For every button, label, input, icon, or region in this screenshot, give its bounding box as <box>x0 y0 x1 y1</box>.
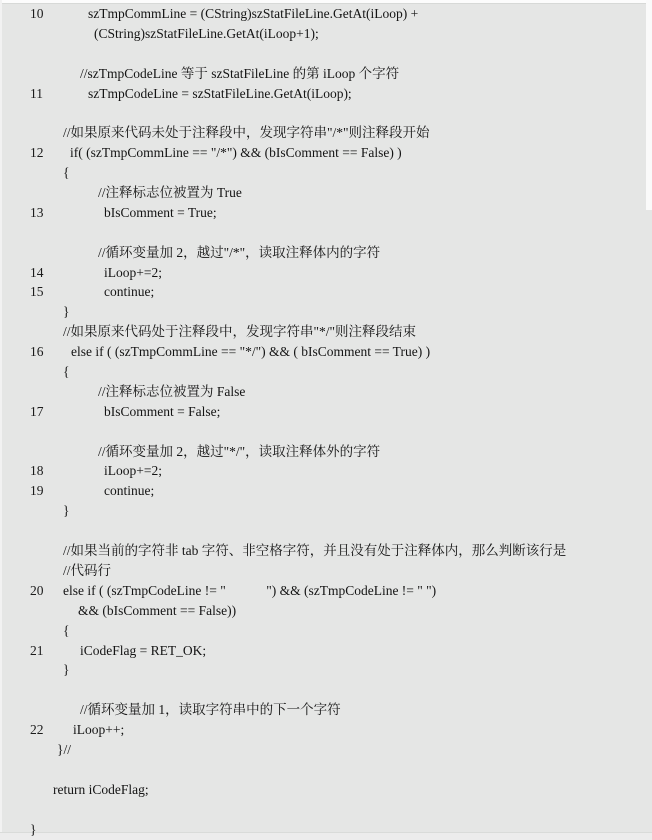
code-text: } <box>63 302 69 322</box>
code-line: (CString)szStatFileLine.GetAt(iLoop+1); <box>0 24 652 44</box>
line-number: 21 <box>30 641 44 661</box>
comment-text: //循环变量加 1，读取字符串中的下一个字符 <box>80 700 341 720</box>
code-line: 18iLoop+=2; <box>0 461 652 481</box>
comment-text: //如果原来代码处于注释段中，发现字符串"*/"则注释段结束 <box>63 322 416 342</box>
code-line: 13bIsComment = True; <box>0 203 652 223</box>
line-number: 14 <box>30 263 44 283</box>
comment-text: //szTmpCodeLine 等于 szStatFileLine 的第 iLo… <box>80 64 399 84</box>
code-line: //循环变量加 2，越过"*/"，读取注释体外的字符 <box>0 442 652 462</box>
code-line <box>0 223 652 243</box>
comment-text: //循环变量加 2，越过"*/"，读取注释体外的字符 <box>98 442 380 462</box>
code-text: iCodeFlag = RET_OK; <box>80 641 206 661</box>
code-line: 22iLoop++; <box>0 720 652 740</box>
code-line <box>0 680 652 700</box>
code-line: 19continue; <box>0 481 652 501</box>
code-line: 15continue; <box>0 282 652 302</box>
code-line <box>0 521 652 541</box>
code-text: szTmpCodeLine = szStatFileLine.GetAt(iLo… <box>88 84 352 104</box>
code-line <box>0 103 652 123</box>
code-line: 11szTmpCodeLine = szStatFileLine.GetAt(i… <box>0 84 652 104</box>
code-line: 17bIsComment = False; <box>0 402 652 422</box>
code-line: //注释标志位被置为 False <box>0 382 652 402</box>
code-text: && (bIsComment == False)) <box>78 601 236 621</box>
line-number: 15 <box>30 282 44 302</box>
code-line: 16else if ( (szTmpCommLine == "*/") && (… <box>0 342 652 362</box>
line-number: 17 <box>30 402 44 422</box>
code-text: { <box>63 163 69 183</box>
code-text: iLoop+=2; <box>104 263 162 283</box>
code-text: { <box>63 621 69 641</box>
code-text: (CString)szStatFileLine.GetAt(iLoop+1); <box>94 24 319 44</box>
code-line: } <box>0 501 652 521</box>
line-number: 20 <box>30 581 44 601</box>
code-line <box>0 44 652 64</box>
code-line <box>0 760 652 780</box>
code-line: return iCodeFlag; <box>0 780 652 800</box>
line-number: 13 <box>30 203 44 223</box>
code-text: iLoop+=2; <box>104 461 162 481</box>
code-text: { <box>63 362 69 382</box>
code-line: 14iLoop+=2; <box>0 263 652 283</box>
code-text: else if ( (szTmpCommLine == "*/") && ( b… <box>71 342 430 362</box>
code-text: continue; <box>104 282 154 302</box>
line-number: 18 <box>30 461 44 481</box>
code-line: { <box>0 163 652 183</box>
code-line: } <box>0 820 652 840</box>
code-text: } <box>63 660 69 680</box>
line-number: 11 <box>30 84 43 104</box>
comment-text: //代码行 <box>63 561 111 581</box>
code-text: bIsComment = True; <box>104 203 217 223</box>
code-line: //如果原来代码未处于注释段中，发现字符串"/*"则注释段开始 <box>0 123 652 143</box>
code-line: //如果原来代码处于注释段中，发现字符串"*/"则注释段结束 <box>0 322 652 342</box>
line-number: 22 <box>30 720 44 740</box>
code-line: }// <box>0 740 652 760</box>
line-number: 12 <box>30 143 44 163</box>
code-text: iLoop++; <box>73 720 124 740</box>
code-line: //注释标志位被置为 True <box>0 183 652 203</box>
page: 10szTmpCommLine = (CString)szStatFileLin… <box>0 0 652 840</box>
code-line: 10szTmpCommLine = (CString)szStatFileLin… <box>0 4 652 24</box>
code-line: 21iCodeFlag = RET_OK; <box>0 641 652 661</box>
code-text: if( (szTmpCommLine == "/*") && (bIsComme… <box>70 143 402 163</box>
code-text: else if ( (szTmpCodeLine != " ") && (szT… <box>63 581 436 601</box>
code-line: //循环变量加 2，越过"/*"，读取注释体内的字符 <box>0 243 652 263</box>
code-line: { <box>0 362 652 382</box>
code-text: bIsComment = False; <box>104 402 220 422</box>
comment-text: //注释标志位被置为 True <box>98 183 242 203</box>
code-line: 12if( (szTmpCommLine == "/*") && (bIsCom… <box>0 143 652 163</box>
comment-text: //如果原来代码未处于注释段中，发现字符串"/*"则注释段开始 <box>63 123 430 143</box>
line-number: 16 <box>30 342 44 362</box>
code-line: } <box>0 660 652 680</box>
comment-text: //注释标志位被置为 False <box>98 382 245 402</box>
code-line: //循环变量加 1，读取字符串中的下一个字符 <box>0 700 652 720</box>
code-text: }// <box>57 740 71 760</box>
code-listing: 10szTmpCommLine = (CString)szStatFileLin… <box>0 4 652 839</box>
code-line: //如果当前的字符非 tab 字符、非空格字符，并且没有处于注释体内，那么判断该… <box>0 541 652 561</box>
comment-text: //如果当前的字符非 tab 字符、非空格字符，并且没有处于注释体内，那么判断该… <box>63 541 566 561</box>
line-number: 10 <box>30 4 44 24</box>
code-line: { <box>0 621 652 641</box>
line-number: 19 <box>30 481 44 501</box>
code-text: } <box>63 501 69 521</box>
code-line: && (bIsComment == False)) <box>0 601 652 621</box>
comment-text: //循环变量加 2，越过"/*"，读取注释体内的字符 <box>98 243 380 263</box>
code-text: szTmpCommLine = (CString)szStatFileLine.… <box>88 4 418 24</box>
code-line <box>0 422 652 442</box>
code-line: 20else if ( (szTmpCodeLine != " ") && (s… <box>0 581 652 601</box>
code-text: } <box>30 820 36 840</box>
code-line: } <box>0 302 652 322</box>
code-text: return iCodeFlag; <box>53 780 149 800</box>
code-line: //szTmpCodeLine 等于 szStatFileLine 的第 iLo… <box>0 64 652 84</box>
code-line <box>0 800 652 820</box>
code-line: //代码行 <box>0 561 652 581</box>
code-text: continue; <box>104 481 154 501</box>
